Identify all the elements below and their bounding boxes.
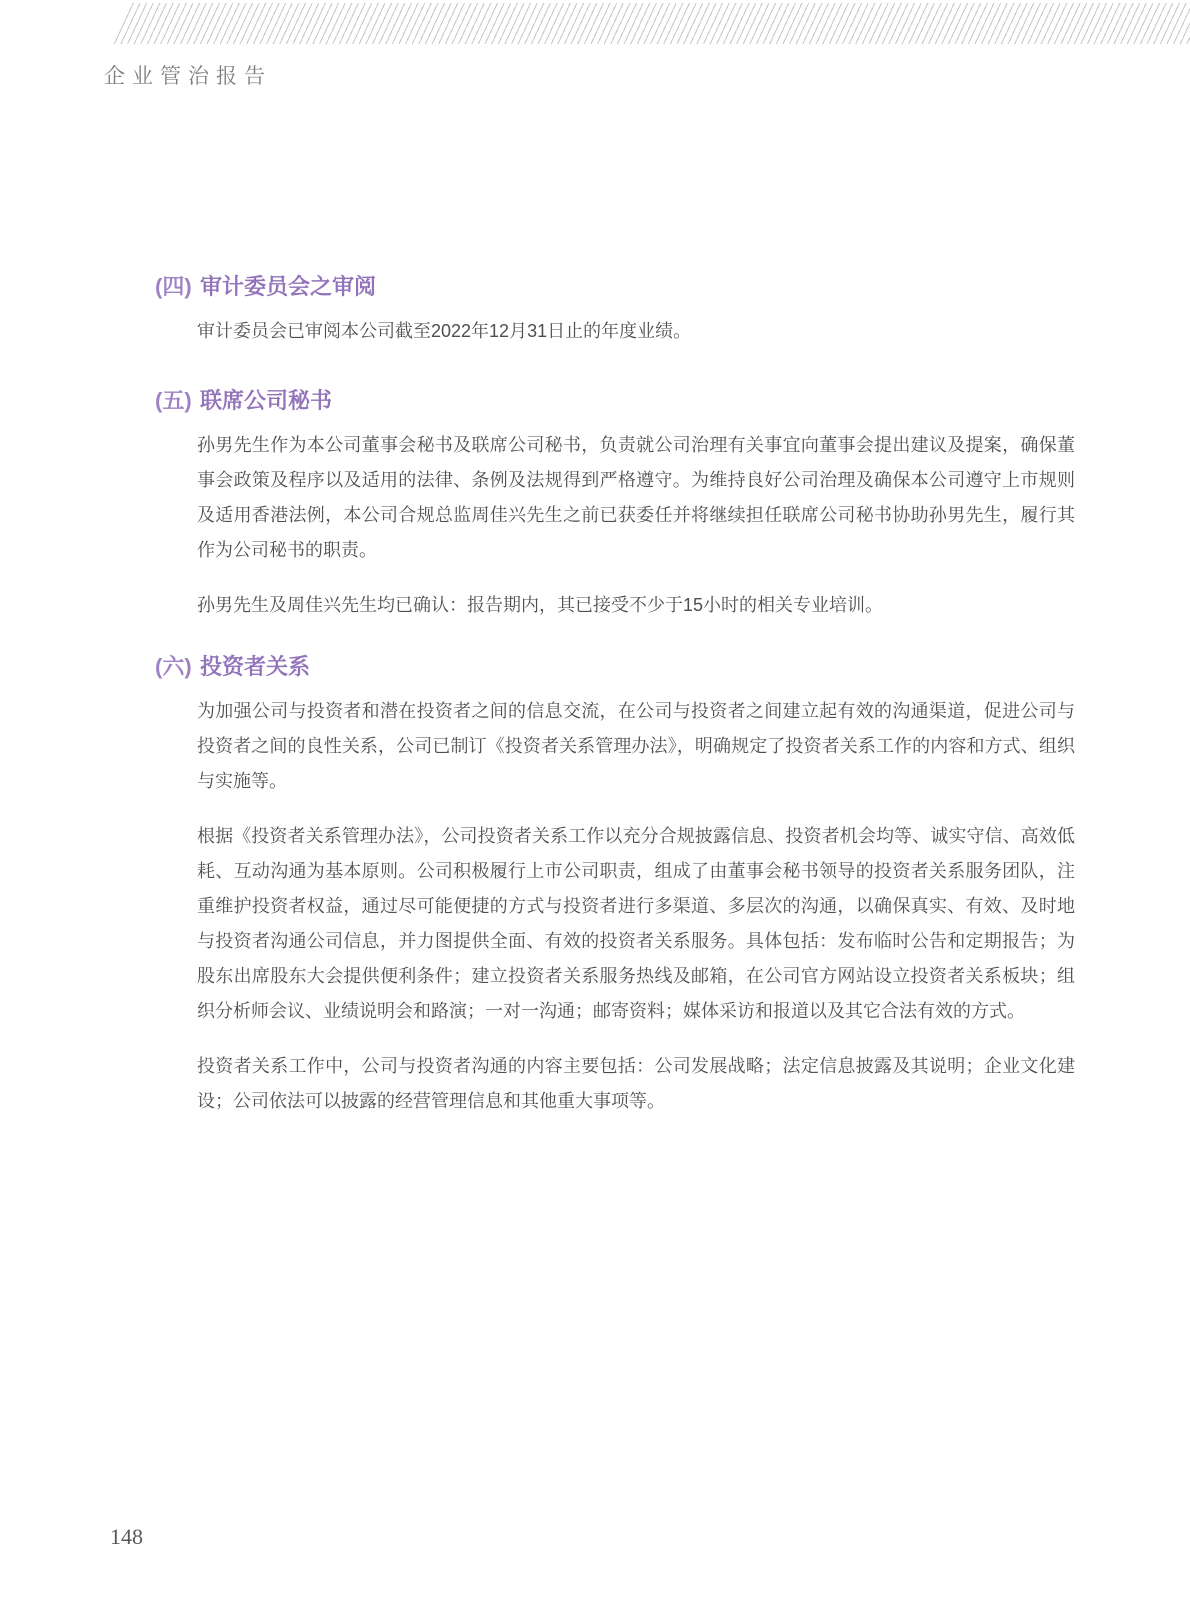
section-heading: (四)审计委员会之审阅 bbox=[155, 272, 1075, 302]
section-title: 审计委员会之审阅 bbox=[200, 274, 376, 299]
paragraph: 审计委员会已审阅本公司截至2022年12月31日止的年度业绩。 bbox=[197, 314, 1075, 349]
section-heading: (五)联席公司秘书 bbox=[155, 386, 1075, 416]
section-title: 投资者关系 bbox=[200, 654, 310, 679]
paragraph: 孙男先生作为本公司董事会秘书及联席公司秘书，负责就公司治理有关事宜向董事会提出建… bbox=[197, 428, 1075, 568]
section-investor-relations: (六)投资者关系 为加强公司与投资者和潜在投资者之间的信息交流，在公司与投资者之… bbox=[0, 652, 1190, 1119]
section-heading: (六)投资者关系 bbox=[155, 652, 1075, 682]
paragraph: 孙男先生及周佳兴先生均已确认：报告期内，其已接受不少于15小时的相关专业培训。 bbox=[197, 588, 1075, 623]
section-joint-company-secretaries: (五)联席公司秘书 孙男先生作为本公司董事会秘书及联席公司秘书，负责就公司治理有… bbox=[0, 386, 1190, 623]
section-number: (六) bbox=[155, 652, 200, 682]
paragraph: 根据《投资者关系管理办法》，公司投资者关系工作以充分合规披露信息、投资者机会均等… bbox=[197, 819, 1075, 1029]
section-title: 联席公司秘书 bbox=[200, 388, 332, 413]
section-number: (五) bbox=[155, 386, 200, 416]
paragraph: 为加强公司与投资者和潜在投资者之间的信息交流，在公司与投资者之间建立起有效的沟通… bbox=[197, 694, 1075, 799]
page-number: 148 bbox=[110, 1524, 143, 1550]
section-number: (四) bbox=[155, 272, 200, 302]
report-content: (四)审计委员会之审阅 审计委员会已审阅本公司截至2022年12月31日止的年度… bbox=[0, 0, 1190, 1119]
paragraph: 投资者关系工作中，公司与投资者沟通的内容主要包括：公司发展战略；法定信息披露及其… bbox=[197, 1049, 1075, 1119]
section-audit-committee-review: (四)审计委员会之审阅 审计委员会已审阅本公司截至2022年12月31日止的年度… bbox=[0, 272, 1190, 349]
